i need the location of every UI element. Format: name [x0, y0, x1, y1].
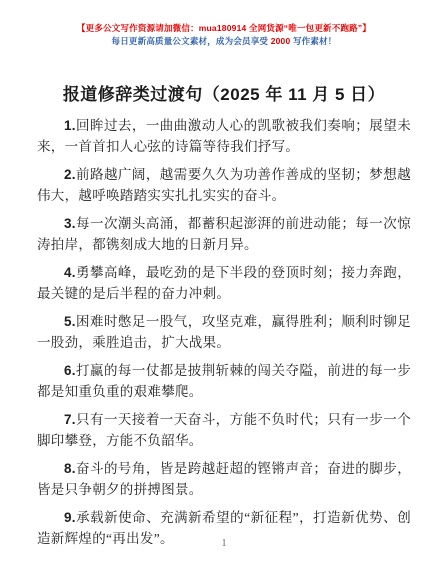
paragraph-number: 5.: [64, 314, 76, 329]
paragraph-text: 勇攀高峰，最吃劲的是下半段的登顶时刻；接力奔跑，最关键的是后半程的奋力冲刺。: [37, 265, 411, 301]
paragraph-text: 困难时憋足一股气，攻坚克难，赢得胜利；顺利时铆足一股劲，乘胜追击，扩大战果。: [37, 314, 411, 350]
paragraph-text: 只有一天接着一天奋斗，方能不负时代；只有一步一个脚印攀登，方能不负韶华。: [37, 412, 411, 448]
page-title: 报道修辞类过渡句（2025 年 11 月 5 日）: [37, 80, 411, 105]
promo-line-2-suffix: 写作素材！: [290, 36, 336, 46]
promo-line-2: 每日更新高质量公文素材，成为会员享受 2000 写作素材！: [37, 35, 411, 47]
promo-line-2-highlight: 2000: [271, 36, 291, 46]
paragraph-number: 7.: [64, 412, 76, 427]
paragraph: 3.每一次潮头高涌，都蓄积起澎湃的前进动能；每一次惊涛拍岸，都镌刻成大地的日新月…: [37, 213, 411, 255]
paragraph-list: 1.回眸过去，一曲曲激动人心的凯歌被我们奏响；展望未来，一首首扣人心弦的诗篇等待…: [37, 115, 411, 549]
paragraph: 5.困难时憋足一股气，攻坚克难，赢得胜利；顺利时铆足一股劲，乘胜追击，扩大战果。: [37, 311, 411, 353]
paragraph-number: 1.: [64, 118, 76, 133]
paragraph-number: 9.: [64, 510, 76, 525]
paragraph-number: 3.: [64, 216, 76, 231]
paragraph-number: 2.: [64, 167, 76, 182]
paragraph-number: 4.: [64, 265, 76, 280]
paragraph-text: 前路越广阔，越需要久久为功善作善成的坚韧；梦想越伟大，越呼唤踏踏实实扎扎实实的奋…: [37, 167, 411, 203]
paragraph: 6.打赢的每一仗都是披荆斩棘的闯关夺隘，前进的每一步都是知重负重的艰难攀爬。: [37, 360, 411, 402]
paragraph-number: 8.: [64, 461, 76, 476]
paragraph-text: 每一次潮头高涌，都蓄积起澎湃的前进动能；每一次惊涛拍岸，都镌刻成大地的日新月异。: [37, 216, 411, 252]
paragraph: 7.只有一天接着一天奋斗，方能不负时代；只有一步一个脚印攀登，方能不负韶华。: [37, 409, 411, 451]
promo-line-1: 【更多公文写作资源请加微信：mua180914 全网货源“唯一包更新不跑路”】: [37, 22, 411, 34]
promo-line-2-prefix: 每日更新高质量公文素材，成为会员享受: [112, 36, 271, 46]
paragraph-number: 6.: [64, 363, 76, 378]
paragraph: 8.奋斗的号角，皆是跨越赶超的铿锵声音；奋进的脚步，皆是只争朝夕的拼搏图景。: [37, 458, 411, 500]
paragraph: 4.勇攀高峰，最吃劲的是下半段的登顶时刻；接力奔跑，最关键的是后半程的奋力冲刺。: [37, 262, 411, 304]
promo-header: 【更多公文写作资源请加微信：mua180914 全网货源“唯一包更新不跑路”】 …: [37, 22, 411, 47]
paragraph-text: 奋斗的号角，皆是跨越赶超的铿锵声音；奋进的脚步，皆是只争朝夕的拼搏图景。: [37, 461, 411, 497]
page-number: 1: [0, 538, 448, 549]
paragraph-text: 回眸过去，一曲曲激动人心的凯歌被我们奏响；展望未来，一首首扣人心弦的诗篇等待我们…: [37, 118, 411, 154]
paragraph-text: 打赢的每一仗都是披荆斩棘的闯关夺隘，前进的每一步都是知重负重的艰难攀爬。: [37, 363, 411, 399]
paragraph: 2.前路越广阔，越需要久久为功善作善成的坚韧；梦想越伟大，越呼唤踏踏实实扎扎实实…: [37, 164, 411, 206]
document-page: 【更多公文写作资源请加微信：mua180914 全网货源“唯一包更新不跑路”】 …: [0, 0, 448, 580]
paragraph: 1.回眸过去，一曲曲激动人心的凯歌被我们奏响；展望未来，一首首扣人心弦的诗篇等待…: [37, 115, 411, 157]
